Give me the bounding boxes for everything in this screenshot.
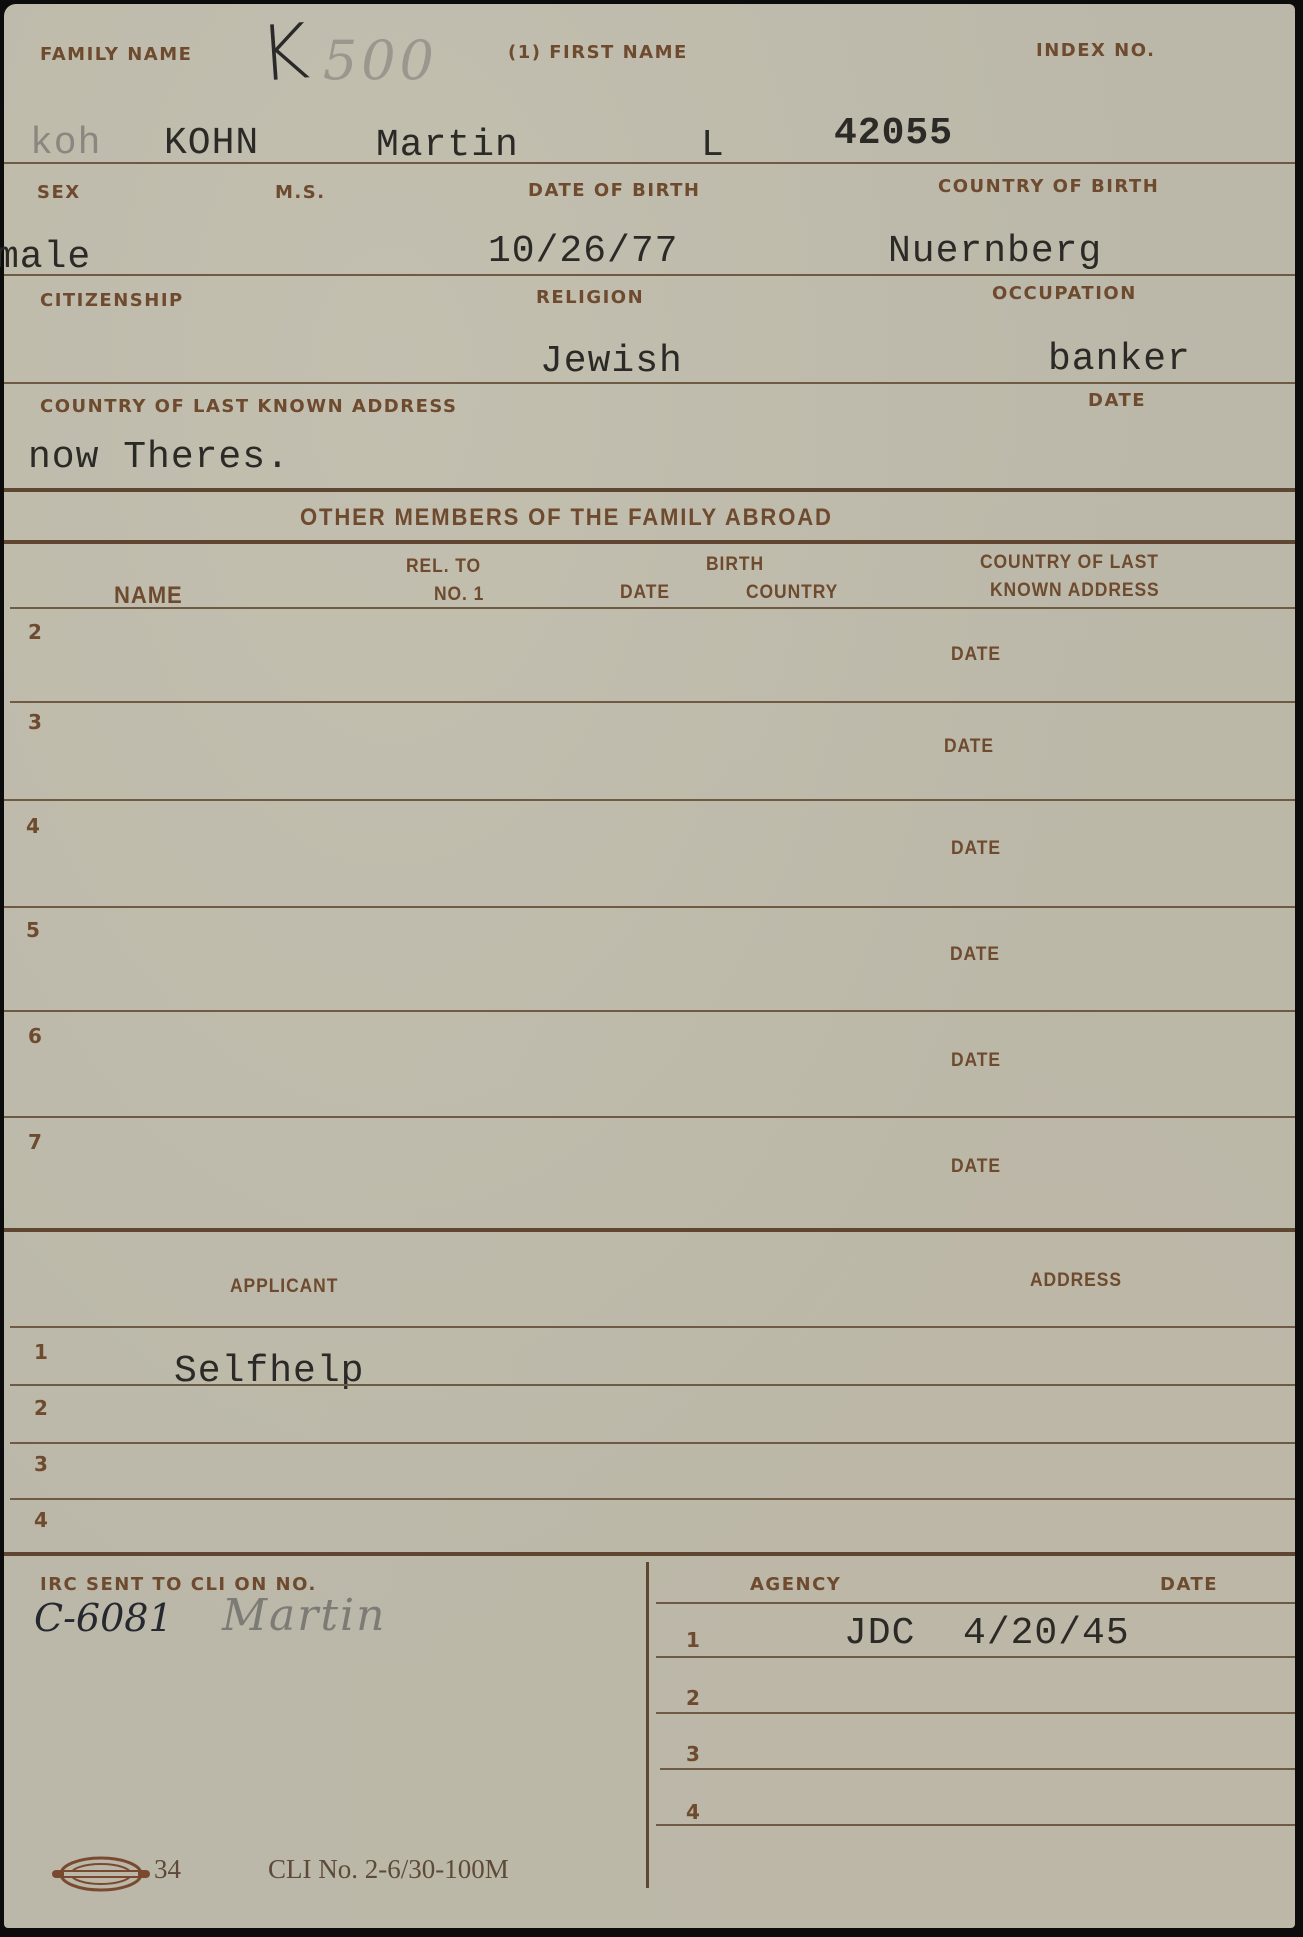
first-name-value: Martin xyxy=(376,124,519,167)
union-label-number: 34 xyxy=(154,1854,181,1885)
divider xyxy=(656,1712,1295,1714)
row-number: 2 xyxy=(28,620,42,644)
divider xyxy=(4,1010,1295,1012)
col-name: NAME xyxy=(114,582,183,610)
union-label-logo xyxy=(48,1854,154,1894)
ms-label: M.S. xyxy=(275,182,326,203)
divider xyxy=(10,1326,1295,1328)
row-date-label: DATE xyxy=(951,838,1001,860)
col-last-addr-line1: COUNTRY OF LAST xyxy=(980,552,1159,574)
handwritten-k: K xyxy=(256,6,312,98)
divider xyxy=(4,162,1295,164)
last-address-label: COUNTRY OF LAST KNOWN ADDRESS xyxy=(40,396,458,417)
irc-pencil-note: Martin xyxy=(222,1590,386,1641)
address-label: ADDRESS xyxy=(1030,1270,1122,1292)
index-no-value: 42055 xyxy=(834,112,953,155)
agency-date-label: DATE xyxy=(1160,1574,1218,1595)
divider xyxy=(10,1442,1295,1444)
col-rel-line1: REL. TO xyxy=(406,556,481,578)
row-date-label: DATE xyxy=(944,736,994,758)
dob-value: 10/26/77 xyxy=(488,230,678,273)
applicant-value: Selfhelp xyxy=(174,1350,364,1393)
row-number: 4 xyxy=(686,1800,700,1824)
middle-initial-value: L xyxy=(701,124,725,167)
row-date-label: DATE xyxy=(951,1050,1001,1072)
citizenship-label: CITIZENSHIP xyxy=(40,290,184,311)
divider xyxy=(656,1824,1295,1826)
section-divider xyxy=(4,1228,1295,1232)
country-of-birth-value: Nuernberg xyxy=(888,230,1102,273)
row-number: 3 xyxy=(34,1452,48,1476)
row-number: 4 xyxy=(26,814,40,838)
row-number: 2 xyxy=(34,1396,48,1420)
row-number: 1 xyxy=(686,1628,700,1652)
section-divider xyxy=(4,488,1295,492)
family-name-value: KOHN xyxy=(164,122,259,165)
divider xyxy=(10,1384,1295,1386)
divider xyxy=(10,701,1295,703)
family-abroad-title: OTHER MEMBERS OF THE FAMILY ABROAD xyxy=(300,504,833,532)
family-name-label: FAMILY NAME xyxy=(40,44,192,65)
sex-value: male xyxy=(0,236,91,279)
divider xyxy=(4,382,1295,384)
religion-label: RELIGION xyxy=(536,287,644,308)
col-last-addr-line2: KNOWN ADDRESS xyxy=(990,580,1160,602)
agency-value: JDC 4/20/45 xyxy=(844,1612,1130,1655)
col-birth: BIRTH xyxy=(706,554,764,576)
divider xyxy=(4,906,1295,908)
divider xyxy=(660,1768,1295,1770)
divider xyxy=(656,1602,1295,1604)
row-number: 7 xyxy=(28,1130,42,1154)
row-number: 1 xyxy=(34,1340,48,1364)
row-date-label: DATE xyxy=(951,1156,1001,1178)
index-no-label: INDEX NO. xyxy=(1036,40,1155,61)
divider xyxy=(4,1116,1295,1118)
col-rel-line2: NO. 1 xyxy=(434,584,484,606)
handwritten-500: 500 xyxy=(323,29,438,92)
occupation-label: OCCUPATION xyxy=(992,283,1137,304)
divider xyxy=(656,1656,1295,1658)
row-number: 5 xyxy=(26,918,40,942)
divider xyxy=(10,1498,1295,1500)
handwritten-code: K500 xyxy=(259,8,438,97)
irc-number: C-6081 xyxy=(34,1596,173,1640)
dob-label: DATE OF BIRTH xyxy=(528,180,701,201)
divider xyxy=(10,607,1295,609)
row-number: 3 xyxy=(28,710,42,734)
section-divider xyxy=(4,1552,1295,1556)
col-birth-date: DATE xyxy=(620,582,670,604)
divider xyxy=(4,799,1295,801)
agency-label: AGENCY xyxy=(750,1574,841,1595)
row-number: 3 xyxy=(686,1742,700,1766)
row-number: 2 xyxy=(686,1686,700,1710)
first-name-label: (1) FIRST NAME xyxy=(508,42,688,63)
row-date-label: DATE xyxy=(950,944,1000,966)
applicant-label: APPLICANT xyxy=(230,1276,338,1298)
col-birth-country: COUNTRY xyxy=(746,582,838,604)
form-number: CLI No. 2-6/30-100M xyxy=(268,1854,509,1885)
occupation-value: banker xyxy=(1048,338,1191,381)
row-date-label: DATE xyxy=(951,644,1001,666)
row-number: 4 xyxy=(34,1508,48,1532)
index-card: FAMILY NAME K500 (1) FIRST NAME INDEX NO… xyxy=(4,4,1295,1928)
sex-label: SEX xyxy=(37,182,81,203)
family-name-struck: koh xyxy=(30,122,101,165)
country-of-birth-label: COUNTRY OF BIRTH xyxy=(938,176,1159,197)
last-address-date-label: DATE xyxy=(1088,390,1146,411)
divider xyxy=(4,274,1295,276)
vertical-divider xyxy=(646,1562,649,1888)
religion-value: Jewish xyxy=(540,340,683,383)
row-number: 6 xyxy=(28,1024,42,1048)
section-divider xyxy=(4,540,1295,544)
last-address-value: now Theres. xyxy=(28,436,290,479)
